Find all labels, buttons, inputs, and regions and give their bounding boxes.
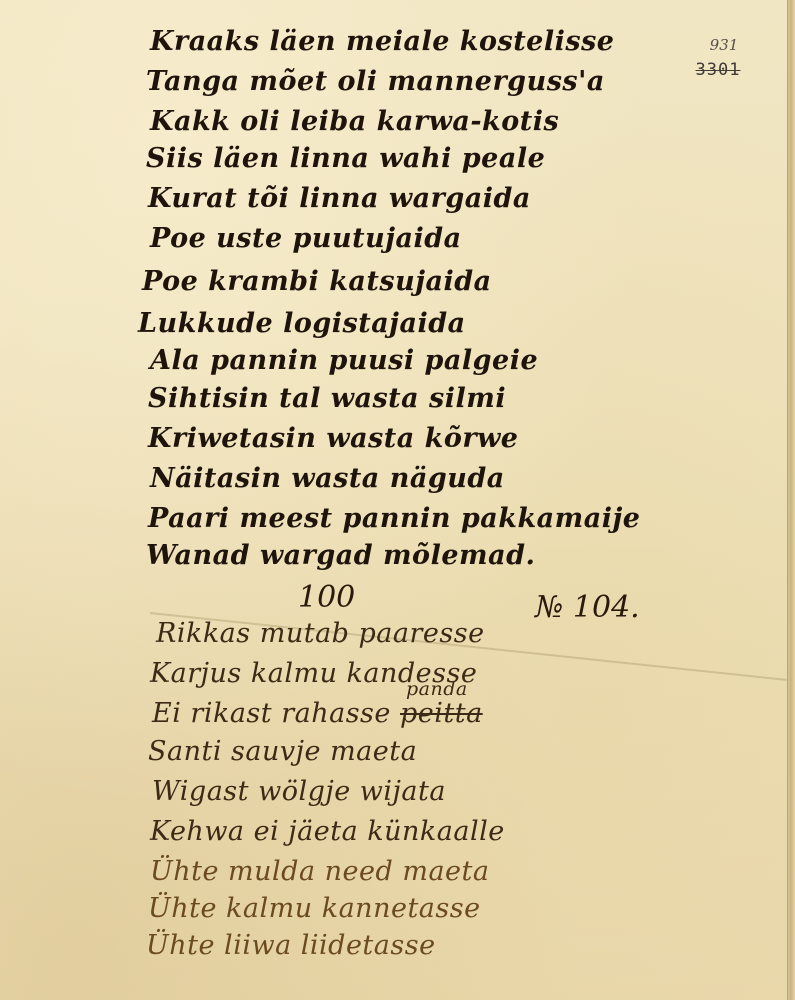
song-2-line: Wigast wölgje wijata (152, 778, 446, 805)
correction-wrapper: peittapanda (400, 698, 483, 729)
struck-word: peitta (400, 698, 483, 729)
song-2-line: Rikkas mutab paaresse (156, 620, 485, 647)
song-2-line: Ühte mulda need maeta (150, 858, 489, 885)
song-2-line: Ühte liiwa liidetasse (146, 932, 436, 959)
song-2-line-corrected: Ei rikast rahasse peittapanda (152, 700, 795, 727)
song-2-line-text: Ei rikast rahasse (152, 698, 400, 729)
song-2-line: Santi sauvje maeta (148, 738, 417, 765)
song-2-line: Kehwa ei jäeta künkaalle (150, 818, 505, 845)
song-2-line: Ühte kalmu kannetasse (148, 895, 481, 922)
inserted-word: panda (406, 680, 468, 699)
song-2: Rikkas mutab paaresse Karjus kalmu kande… (0, 0, 795, 1000)
